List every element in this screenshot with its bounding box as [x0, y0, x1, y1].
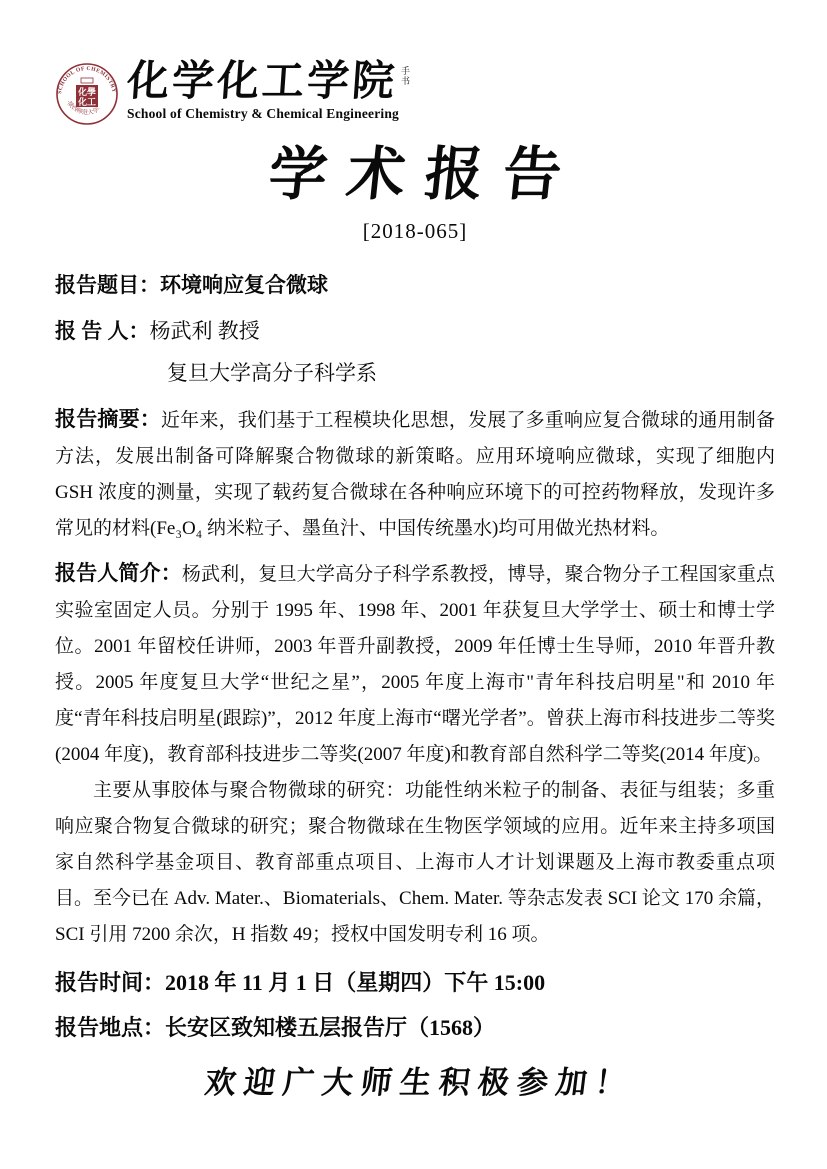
college-seal-icon: SCHOOL OF CHEMISTRY & CHEMICAL ENGINEERI…: [55, 62, 119, 126]
welcome-line: 欢迎广大师生积极参加！: [202, 1062, 636, 1104]
seal-center-text-top: 化學: [77, 86, 96, 97]
topic-row: 报告题目：环境响应复合微球: [55, 270, 775, 300]
topic-label: 报告题目：: [55, 273, 160, 297]
speaker-value: 杨武利 教授: [150, 319, 260, 343]
abstract-text: 近年来，我们基于工程模块化思想，发展了多重响应复合微球的通用制备方法，发展出制备…: [55, 410, 775, 539]
place-label: 报告地点：: [55, 1015, 165, 1040]
time-label: 报告时间：: [55, 970, 165, 995]
topic-value: 环境响应复合微球: [160, 273, 328, 297]
speaker-affiliation: 复旦大学高分子科学系: [55, 358, 775, 388]
bio-text: 杨武利，复旦大学高分子科学系教授，博导，聚合物分子工程国家重点实验室固定人员。分…: [55, 564, 775, 765]
abstract-label: 报告摘要：: [55, 407, 161, 431]
place-value: 长安区致知楼五层报告厅（1568）: [165, 1015, 495, 1040]
place-row: 报告地点：长安区致知楼五层报告厅（1568）: [55, 1012, 775, 1044]
seal-center-text-bottom: 化工: [77, 96, 96, 107]
college-name-cn: 化学化工学院: [125, 60, 398, 104]
page-title: 学术报告: [266, 144, 585, 206]
header: SCHOOL OF CHEMISTRY & CHEMICAL ENGINEERI…: [55, 60, 775, 132]
speaker-label: 报 告 人：: [55, 319, 150, 343]
abstract-paragraph: 报告摘要：近年来，我们基于工程模块化思想，发展了多重响应复合微球的通用制备方法，…: [55, 401, 775, 547]
seal-top-cartouche: [81, 78, 93, 83]
bio-label: 报告人简介：: [55, 561, 182, 585]
report-number: [2018-065]: [55, 218, 775, 244]
bio-paragraph-2: 主要从事胶体与聚合物微球的研究：功能性纳米粒子的制备、表征与组装；多重响应聚合物…: [55, 773, 775, 953]
calligrapher-signature-mark: 手书: [401, 66, 413, 86]
speaker-row: 报 告 人：杨武利 教授: [55, 316, 775, 346]
college-name-en: School of Chemistry & Chemical Engineeri…: [127, 106, 413, 122]
bio-paragraph: 报告人简介：杨武利，复旦大学高分子科学系教授，博导，聚合物分子工程国家重点实验室…: [55, 555, 775, 773]
college-brand: 化学化工学院手书 School of Chemistry & Chemical …: [127, 60, 413, 122]
time-value: 2018 年 11 月 1 日（星期四）下午 15:00: [165, 970, 545, 995]
time-row: 报告时间：2018 年 11 月 1 日（星期四）下午 15:00: [55, 967, 775, 999]
document-page: SCHOOL OF CHEMISTRY & CHEMICAL ENGINEERI…: [0, 0, 827, 1169]
